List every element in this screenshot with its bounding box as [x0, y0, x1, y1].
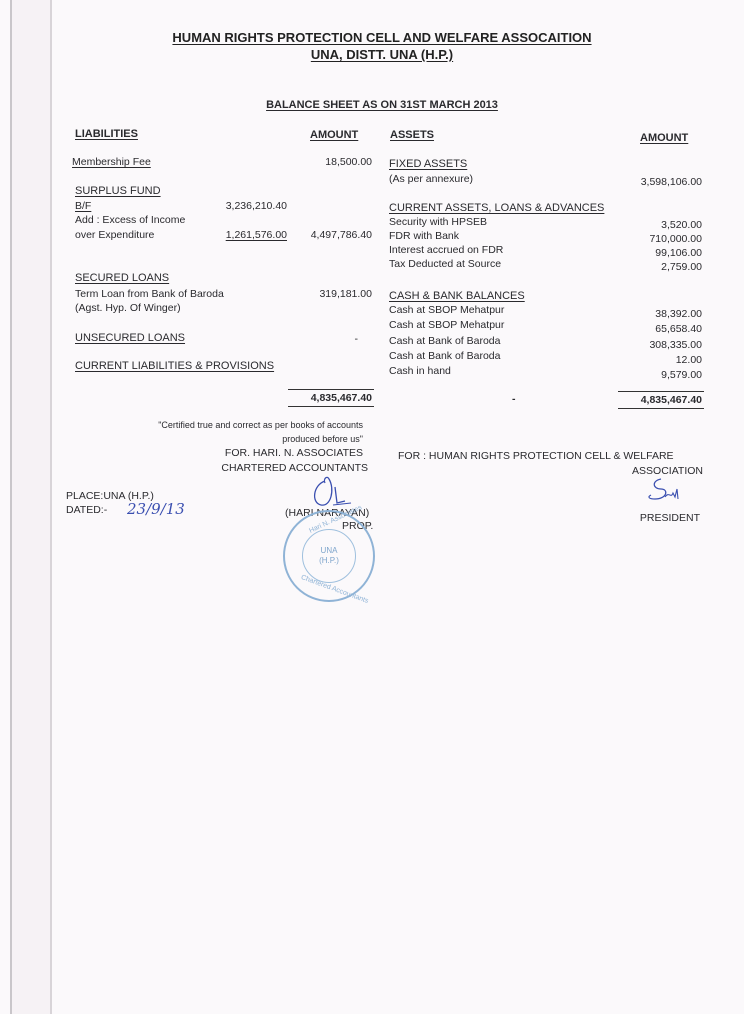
- assets-amount-heading: AMOUNT: [640, 132, 688, 144]
- list-item-label: Tax Deducted at Source: [389, 258, 501, 271]
- fixed-assets-amount: 3,598,106.00: [600, 176, 702, 188]
- page-edge-strip: [10, 0, 52, 1014]
- fixed-assets-label: (As per annexure): [389, 173, 473, 186]
- assets-heading: ASSETS: [390, 129, 434, 141]
- unsecured-loans-heading: UNSECURED LOANS: [75, 332, 185, 345]
- list-item-amount: 710,000.00: [600, 233, 702, 245]
- ca-stamp: Hari N. Associates Chartered Accountants…: [283, 510, 375, 602]
- liabilities-heading: LIABILITIES: [75, 128, 138, 140]
- membership-fee-label: Membership Fee: [72, 156, 151, 169]
- list-item-amount: 65,658.40: [600, 323, 702, 335]
- unsecured-loans-amount: -: [290, 333, 358, 345]
- assets-total: 4,835,467.40: [618, 391, 704, 409]
- org-name: HUMAN RIGHTS PROTECTION CELL AND WELFARE…: [0, 30, 744, 45]
- stamp-center-2: (H.P.): [319, 556, 339, 566]
- secured-loans-amount: 319,181.00: [290, 288, 372, 300]
- list-item-label: Cash at Bank of Baroda: [389, 350, 501, 363]
- list-item-amount: 308,335.00: [600, 339, 702, 351]
- president-signature: [645, 477, 685, 505]
- list-item-label: FDR with Bank: [389, 230, 459, 243]
- list-item-amount: 3,520.00: [600, 219, 702, 231]
- secured-loans-line1: Term Loan from Bank of Baroda: [75, 288, 224, 301]
- current-liabilities-heading: CURRENT LIABILITIES & PROVISIONS: [75, 360, 274, 373]
- surplus-add-label-2: over Expenditure: [75, 229, 154, 242]
- surplus-bf-amount: 3,236,210.40: [200, 200, 287, 212]
- assets-dash: -: [512, 393, 516, 406]
- certified-line-2: produced before us": [100, 434, 363, 444]
- list-item-amount: 99,106.00: [600, 247, 702, 259]
- scanned-page: [0, 0, 744, 1014]
- surplus-fund-heading: SURPLUS FUND: [75, 185, 161, 198]
- list-item-label: Cash at SBOP Mehatpur: [389, 319, 504, 332]
- page-title: BALANCE SHEET AS ON 31ST MARCH 2013: [0, 99, 744, 111]
- current-assets-heading: CURRENT ASSETS, LOANS & ADVANCES: [389, 202, 604, 215]
- list-item-amount: 2,759.00: [600, 261, 702, 273]
- liabilities-total: 4,835,467.40: [288, 389, 374, 407]
- list-item-label: Cash at Bank of Baroda: [389, 335, 501, 348]
- fixed-assets-heading: FIXED ASSETS: [389, 158, 467, 171]
- surplus-total-amount: 4,497,786.40: [290, 229, 372, 241]
- dated-value: 23/9/13: [127, 500, 185, 518]
- list-item-amount: 38,392.00: [600, 308, 702, 320]
- surplus-add-amount: 1,261,576.00: [200, 229, 287, 241]
- secured-loans-line2: (Agst. Hyp. Of Winger): [75, 302, 181, 315]
- list-item-label: Cash at SBOP Mehatpur: [389, 304, 504, 317]
- surplus-add-label-1: Add : Excess of Income: [75, 214, 185, 227]
- membership-fee-amount: 18,500.00: [290, 156, 372, 168]
- liabilities-amount-heading: AMOUNT: [310, 129, 358, 141]
- list-item-label: Security with HPSEB: [389, 216, 487, 229]
- certified-line-1: "Certified true and correct as per books…: [100, 420, 363, 430]
- org-location: UNA, DISTT. UNA (H.P.): [0, 47, 744, 62]
- stamp-center-1: UNA: [321, 546, 338, 556]
- org-sign-line-2: ASSOCIATION: [500, 465, 703, 477]
- firm-name: FOR. HARI. N. ASSOCIATES: [100, 447, 363, 459]
- list-item-label: Cash in hand: [389, 365, 451, 378]
- surplus-bf-label: B/F: [75, 200, 91, 213]
- list-item-amount: 12.00: [600, 354, 702, 366]
- list-item-label: Interest accrued on FDR: [389, 244, 503, 257]
- list-item-amount: 9,579.00: [600, 369, 702, 381]
- secured-loans-heading: SECURED LOANS: [75, 272, 169, 285]
- president-title: PRESIDENT: [600, 512, 700, 524]
- org-sign-line-1: FOR : HUMAN RIGHTS PROTECTION CELL & WEL…: [398, 450, 674, 462]
- ca-signature: [305, 473, 355, 511]
- cash-bank-heading: CASH & BANK BALANCES: [389, 290, 525, 303]
- dated-label: DATED:-: [66, 504, 107, 516]
